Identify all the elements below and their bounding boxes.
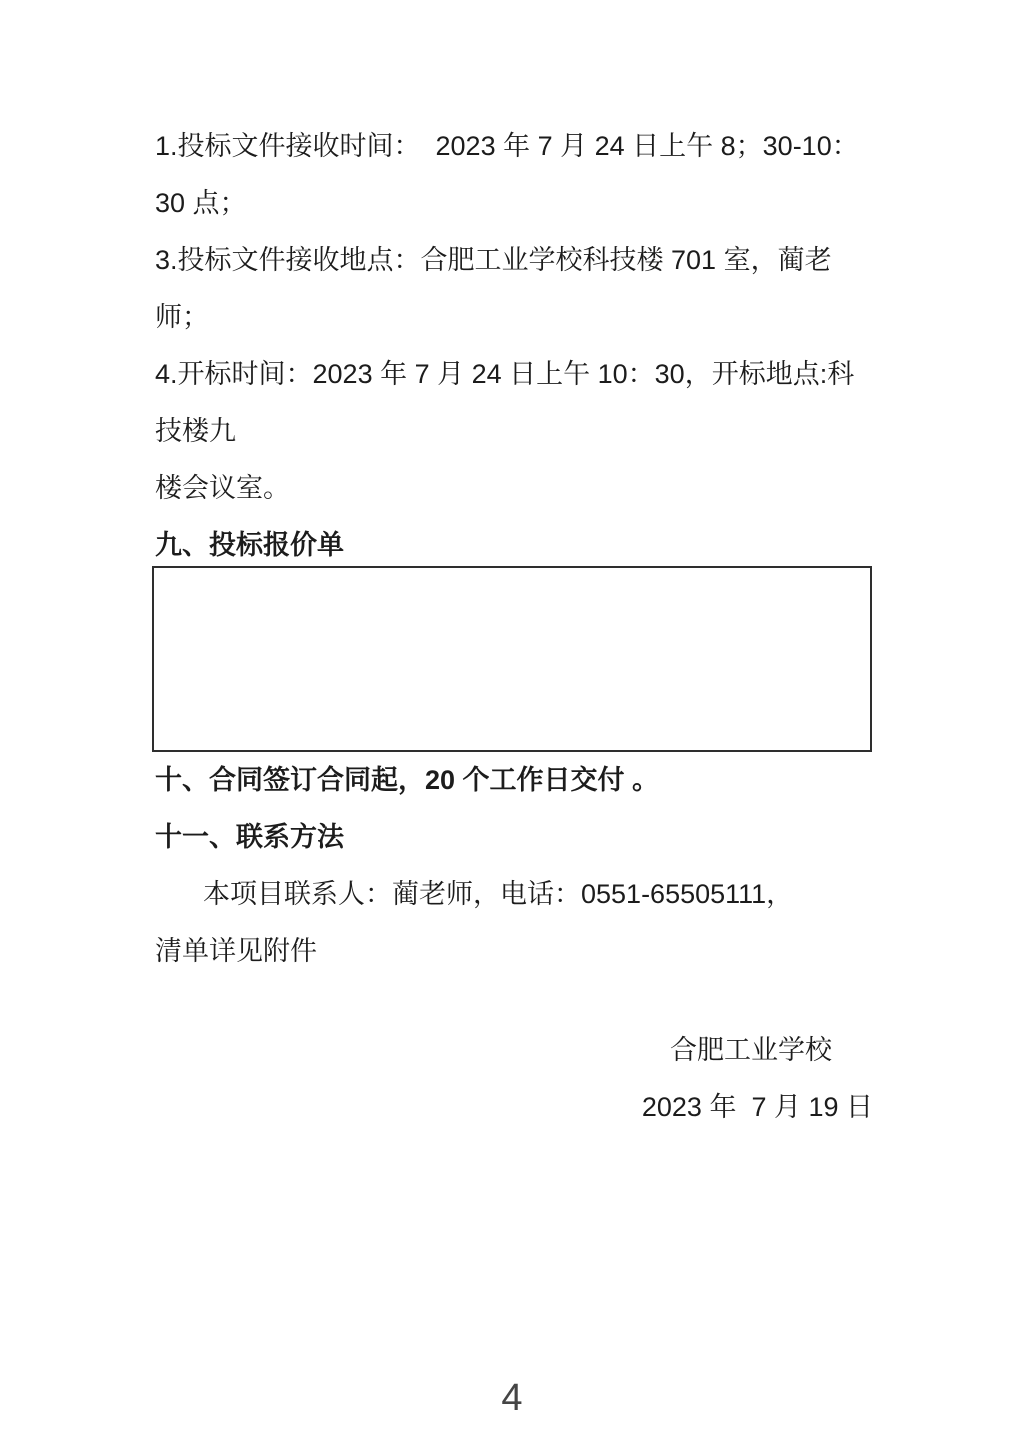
signature-date: 2023 年 7 月 19 日: [155, 1079, 877, 1136]
document-body: 1.投标文件接收时间： 2023 年 7 月 24 日上午 8；30-10：30…: [155, 118, 877, 1136]
attachment-note-line: 清单详见附件: [155, 923, 877, 980]
paragraph-bid-opening-time: 4.开标时间：2023 年 7 月 24 日上午 10：30，开标地点:科技楼九: [155, 346, 877, 460]
bid-quotation-empty-box: [152, 566, 872, 752]
paragraph-bid-receive-location: 3.投标文件接收地点：合肥工业学校科技楼 701 室，蔺老师；: [155, 232, 877, 346]
page-number: 4: [0, 1376, 1024, 1420]
contact-person-line: 本项目联系人：蔺老师，电话：0551-65505111，: [155, 866, 877, 923]
paragraph-bid-receive-time: 1.投标文件接收时间： 2023 年 7 月 24 日上午 8；30-10：30…: [155, 118, 877, 232]
signature-organization: 合肥工业学校: [155, 1022, 877, 1079]
signature-block: 合肥工业学校 2023 年 7 月 19 日: [155, 1022, 877, 1136]
document-page: 1.投标文件接收时间： 2023 年 7 月 24 日上午 8；30-10：30…: [0, 0, 1024, 1447]
paragraph-bid-opening-time-continued: 楼会议室。: [155, 460, 877, 517]
section-heading-delivery-terms: 十、合同签订合同起，20 个工作日交付 。: [155, 752, 877, 809]
section-heading-contact-method: 十一、联系方法: [155, 809, 877, 866]
